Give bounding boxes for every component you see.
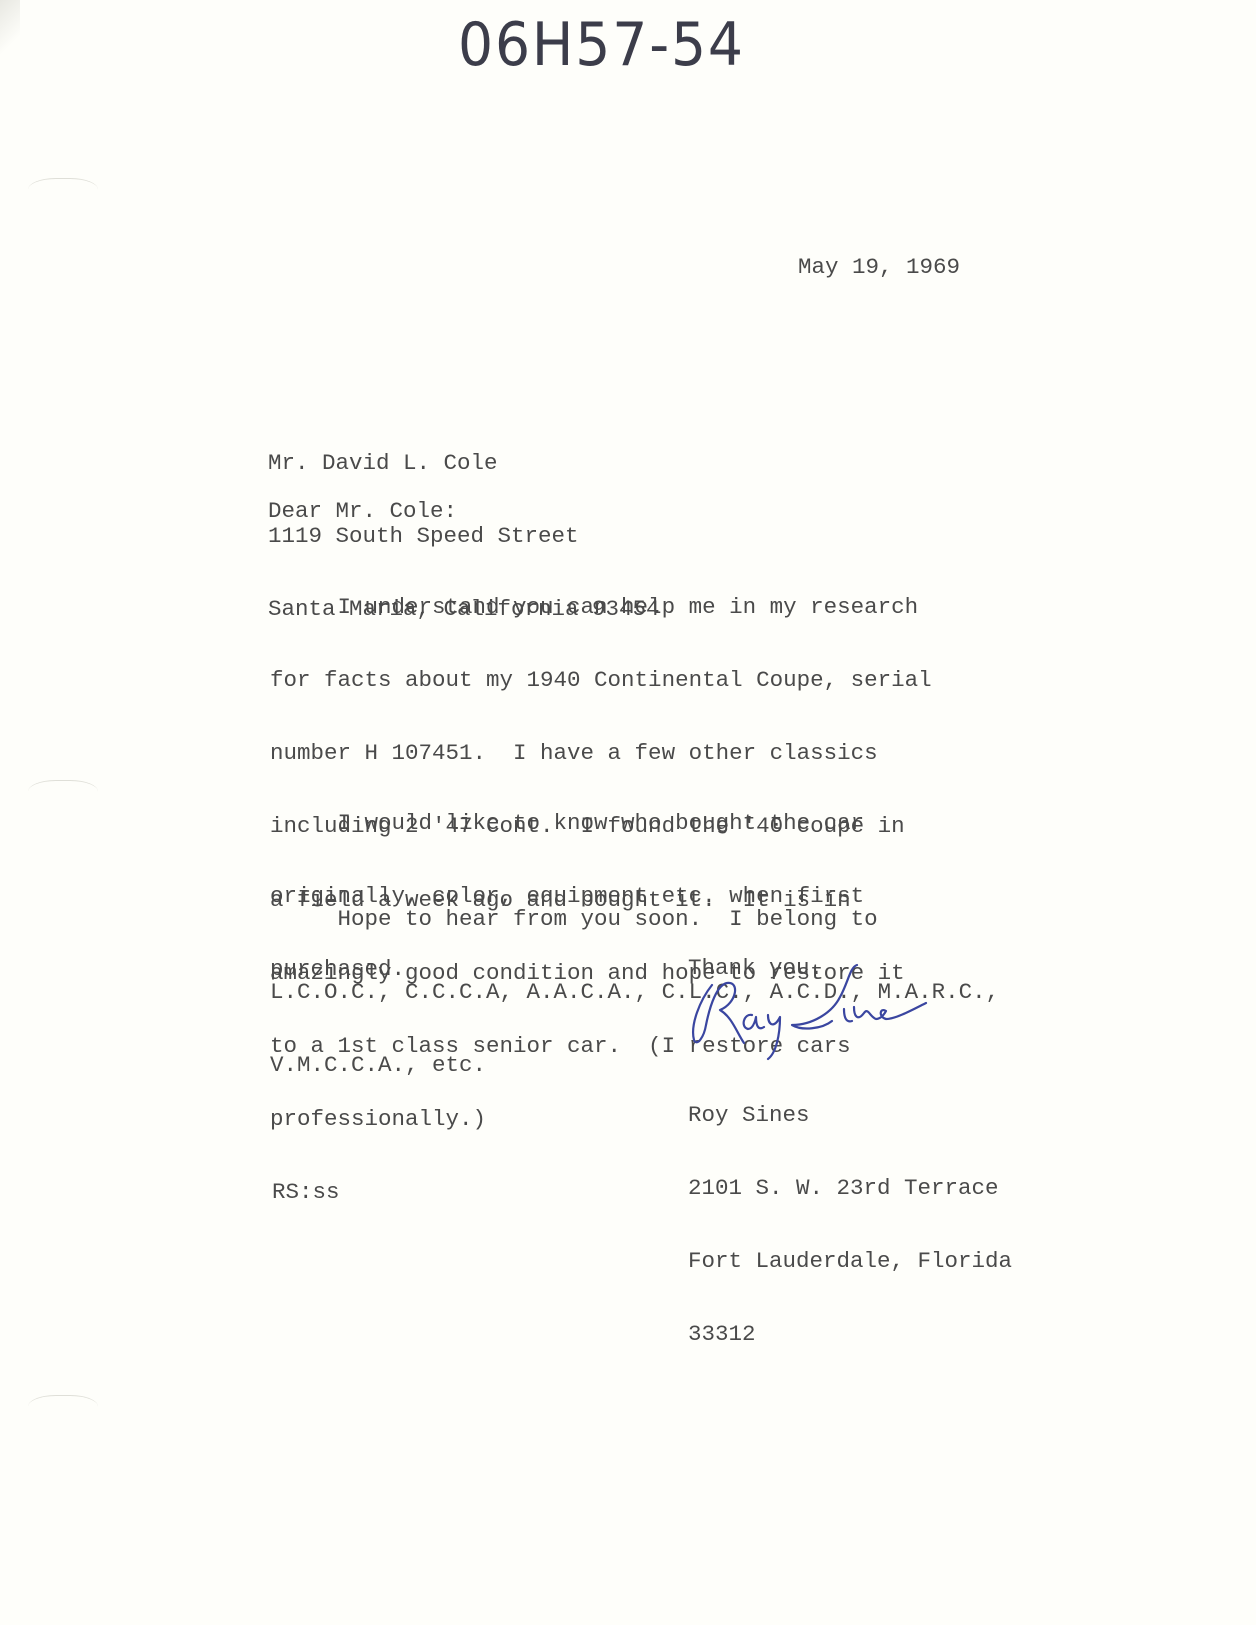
punch-hole-mark (28, 780, 98, 809)
reference-initials: RS:ss (272, 1180, 340, 1204)
sender-line: 2101 S. W. 23rd Terrace (688, 1176, 1012, 1200)
body-line: I would like to know who bought the car (270, 811, 864, 835)
sender-line: 33312 (688, 1322, 1012, 1346)
sender-address: Roy Sines 2101 S. W. 23rd Terrace Fort L… (688, 1054, 1012, 1396)
body-line: for facts about my 1940 Continental Coup… (270, 668, 932, 692)
letter-page: 06H57-54 May 19, 1969 Mr. David L. Cole … (0, 0, 1256, 1625)
handwritten-archive-id: 06H57-54 (458, 10, 745, 80)
recipient-line: Mr. David L. Cole (268, 451, 660, 475)
salutation: Dear Mr. Cole: (268, 499, 457, 523)
body-line: I understand you can help me in my resea… (270, 595, 932, 619)
letter-date: May 19, 1969 (798, 255, 960, 279)
body-line: Hope to hear from you soon. I belong to (270, 907, 999, 931)
sender-line: Fort Lauderdale, Florida (688, 1249, 1012, 1273)
recipient-line: 1119 South Speed Street (268, 524, 660, 548)
page-corner-fold (0, 0, 20, 60)
punch-hole-mark (28, 178, 98, 207)
punch-hole-mark (28, 1395, 98, 1424)
handwritten-signature (682, 955, 942, 1065)
sender-line: Roy Sines (688, 1103, 1012, 1127)
